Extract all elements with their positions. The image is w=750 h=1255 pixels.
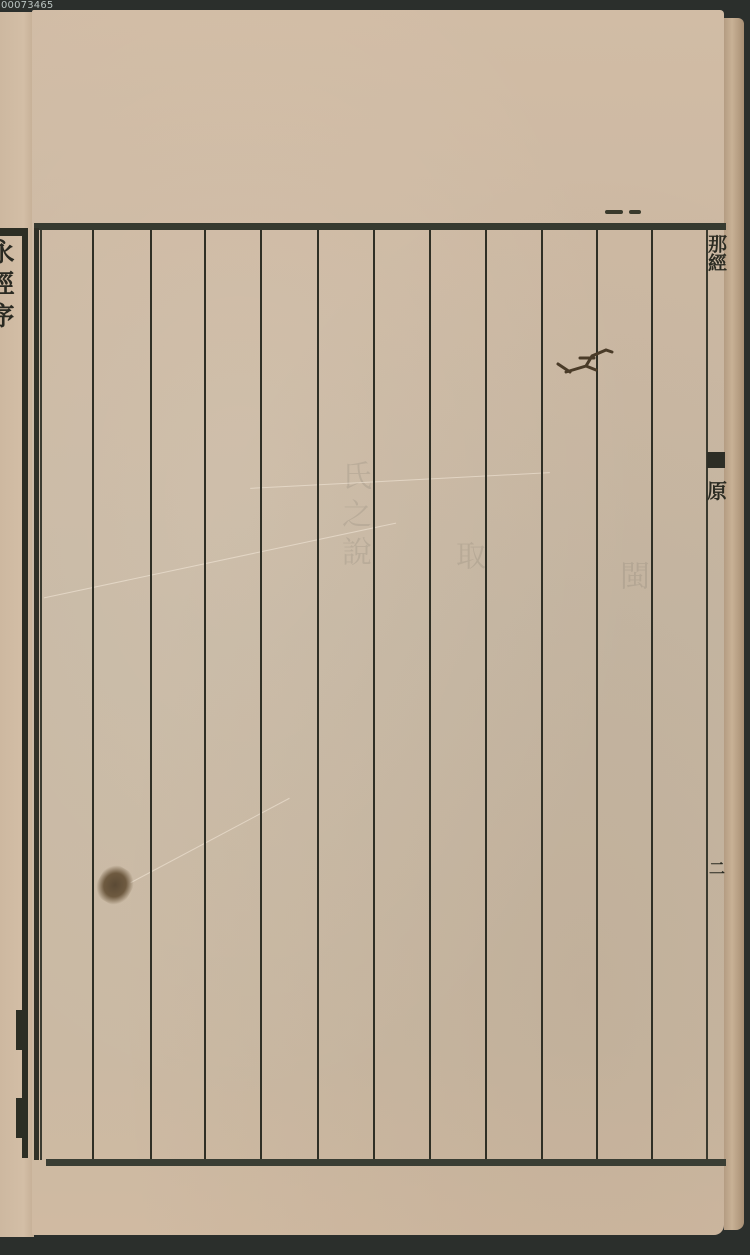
frame-left-inner-line [40,230,42,1160]
left-ink-block [16,1098,24,1138]
centerfold-title: 那經 [707,234,727,272]
centerfold-char: 原 [707,480,727,502]
centerfold-column [706,230,728,1160]
column-line [317,230,319,1159]
column-line [150,230,152,1159]
column-line [541,230,543,1159]
frame-left-border [34,228,39,1160]
top-ink-marks [605,210,655,216]
scan-id-label: 00073465 [1,0,54,11]
book-page [32,10,724,1235]
left-ink-block [16,1010,24,1050]
ghost-text: 閩 [604,560,658,598]
fishtail-mark [707,452,725,468]
column-line [260,230,262,1159]
column-line [204,230,206,1159]
ink-scribble-mark [556,346,614,376]
column-line [485,230,487,1159]
column-line [92,230,94,1159]
page-number: 二 [709,862,725,876]
left-margin-title: 永經序 [0,238,22,334]
column-line [429,230,431,1159]
column-line [651,230,653,1159]
frame-top-border [34,223,726,230]
frame-bottom-border [46,1159,726,1166]
column-line [373,230,375,1159]
ghost-text: 氏之說 [326,460,380,574]
